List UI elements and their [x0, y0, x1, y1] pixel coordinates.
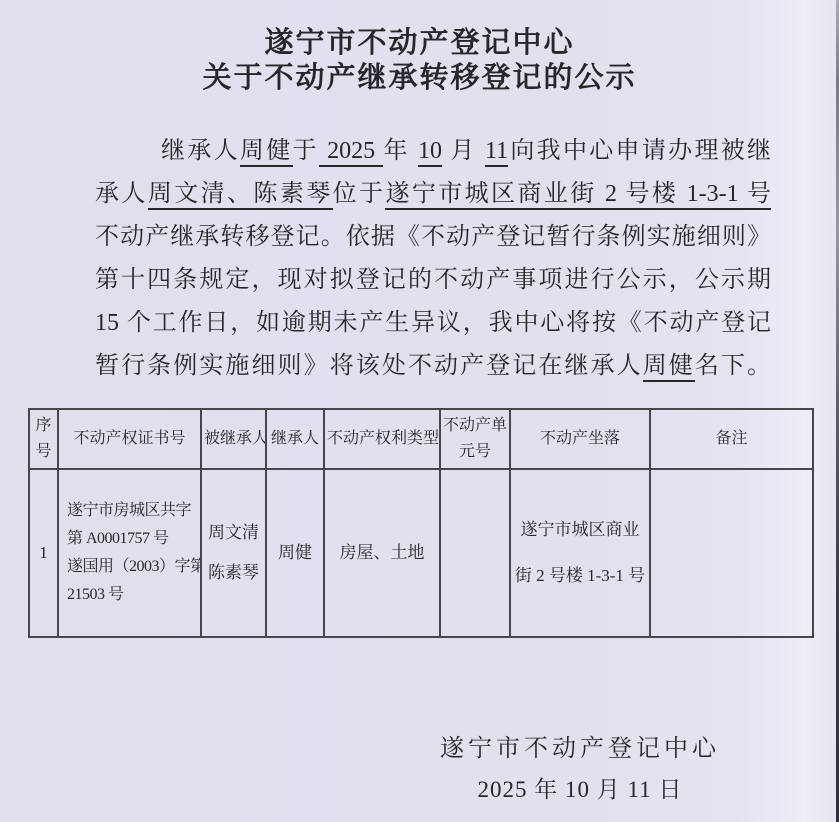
table-cell: 1	[29, 469, 58, 637]
text-segment: 向我中心申请办理被继	[508, 138, 771, 164]
underlined-text: 2025	[319, 138, 384, 167]
title-line-2: 关于不动产继承转移登记的公示	[0, 61, 839, 96]
paragraph-line: 承人周文清、陈素琴位于遂宁市城区商业街 2 号楼 1-3-1 号	[95, 173, 771, 216]
table-header-cell: 被继承人	[201, 409, 266, 469]
table-header-cell: 备注	[650, 409, 813, 469]
table-cell: 周文清陈素琴	[201, 469, 266, 637]
cell-line: 第 A0001757 号	[67, 525, 198, 553]
header-line: 备注	[653, 426, 810, 452]
paragraph-line: 第十四条规定，现对拟登记的不动产事项进行公示，公示期	[95, 259, 771, 302]
scanned-notice-page: 遂宁市不动产登记中心 关于不动产继承转移登记的公示 继承人周健于 2025 年 …	[0, 0, 839, 822]
table-header-cell: 不动产单元号	[440, 409, 510, 469]
text-segment: 年	[383, 138, 418, 164]
underlined-text: 周文清、陈素琴	[148, 181, 333, 210]
header-line: 序	[32, 413, 55, 439]
header-line: 不动产单	[443, 413, 507, 439]
cell-line: 遂国用（2003）字第	[67, 553, 198, 581]
signature-block: 遂宁市不动产登记中心 2025 年 10 月 11 日	[320, 730, 839, 809]
text-segment: 月	[442, 138, 485, 164]
text-segment: 于	[293, 138, 319, 164]
table-header-cell: 继承人	[266, 409, 324, 469]
cell-line: 遂宁市房城区共字	[67, 497, 198, 525]
text-segment: 第十四条规定，现对拟登记的不动产事项进行公示，公示期	[95, 267, 771, 293]
text-segment: 承人	[95, 181, 148, 207]
text-segment: 不动产继承转移登记。依据《不动产登记暂行条例实施细则》	[95, 224, 771, 250]
title-line-1: 遂宁市不动产登记中心	[0, 26, 839, 61]
table-cell	[440, 469, 510, 637]
underlined-text: 周健	[240, 138, 293, 167]
property-table: 序号不动产权证书号被继承人继承人不动产权利类型不动产单元号不动产坐落备注 1遂宁…	[28, 408, 814, 638]
paragraph-line: 15 个工作日，如逾期未产生异议，我中心将按《不动产登记	[95, 302, 771, 345]
table-cell: 遂宁市房城区共字第 A0001757 号遂国用（2003）字第21503 号	[58, 469, 201, 637]
signature-org: 遂宁市不动产登记中心	[320, 730, 839, 768]
underlined-text: 周健	[643, 353, 695, 382]
text-segment: 暂行条例实施细则》将该处不动产登记在继承人	[95, 353, 643, 379]
header-line: 不动产坐落	[513, 426, 647, 452]
text-segment: 位于	[333, 181, 386, 207]
underlined-text: 遂宁市城区商业街 2 号楼 1-3-1 号	[385, 181, 771, 210]
cell-line: 陈素琴	[204, 553, 263, 593]
text-segment: 15 个工作日，如逾期未产生异议，我中心将按《不动产登记	[95, 310, 771, 336]
notice-paragraph: 继承人周健于 2025 年 10 月 11向我中心申请办理被继承人周文清、陈素琴…	[95, 130, 771, 388]
cell-line: 街 2 号楼 1-3-1 号	[513, 553, 647, 599]
cell-line: 周健	[269, 538, 321, 568]
table-header-cell: 不动产坐落	[510, 409, 650, 469]
underlined-text: 11	[485, 138, 508, 167]
header-line: 号	[32, 439, 55, 465]
underlined-text: 10	[418, 138, 442, 167]
document-title: 遂宁市不动产登记中心 关于不动产继承转移登记的公示	[0, 26, 839, 96]
table-row: 1遂宁市房城区共字第 A0001757 号遂国用（2003）字第21503 号周…	[29, 469, 813, 637]
table-header-cell: 不动产权证书号	[58, 409, 201, 469]
signature-date: 2025 年 10 月 11 日	[320, 771, 839, 809]
header-line: 被继承人	[204, 426, 263, 452]
cell-line: 房屋、土地	[327, 538, 437, 568]
table-cell: 房屋、土地	[324, 469, 440, 637]
header-line: 元号	[443, 439, 507, 465]
text-segment: 继承人	[161, 138, 240, 164]
paragraph-line: 继承人周健于 2025 年 10 月 11向我中心申请办理被继	[95, 130, 771, 173]
cell-line: 遂宁市城区商业	[513, 507, 647, 553]
paragraph-line: 不动产继承转移登记。依据《不动产登记暂行条例实施细则》	[95, 216, 771, 259]
table-cell: 周健	[266, 469, 324, 637]
header-line: 不动产权证书号	[61, 426, 198, 452]
header-line: 继承人	[269, 426, 321, 452]
paragraph-line: 暂行条例实施细则》将该处不动产登记在继承人周健名下。	[95, 345, 771, 388]
text-segment: 名下。	[695, 353, 771, 379]
cell-line: 21503 号	[67, 581, 198, 609]
cell-line: 1	[32, 538, 55, 568]
table-cell	[650, 469, 813, 637]
table-cell: 遂宁市城区商业街 2 号楼 1-3-1 号	[510, 469, 650, 637]
cell-line: 周文清	[204, 513, 263, 553]
table-header-cell: 不动产权利类型	[324, 409, 440, 469]
table-header-cell: 序号	[29, 409, 58, 469]
header-line: 不动产权利类型	[327, 426, 437, 452]
table-header-row: 序号不动产权证书号被继承人继承人不动产权利类型不动产单元号不动产坐落备注	[29, 409, 813, 469]
